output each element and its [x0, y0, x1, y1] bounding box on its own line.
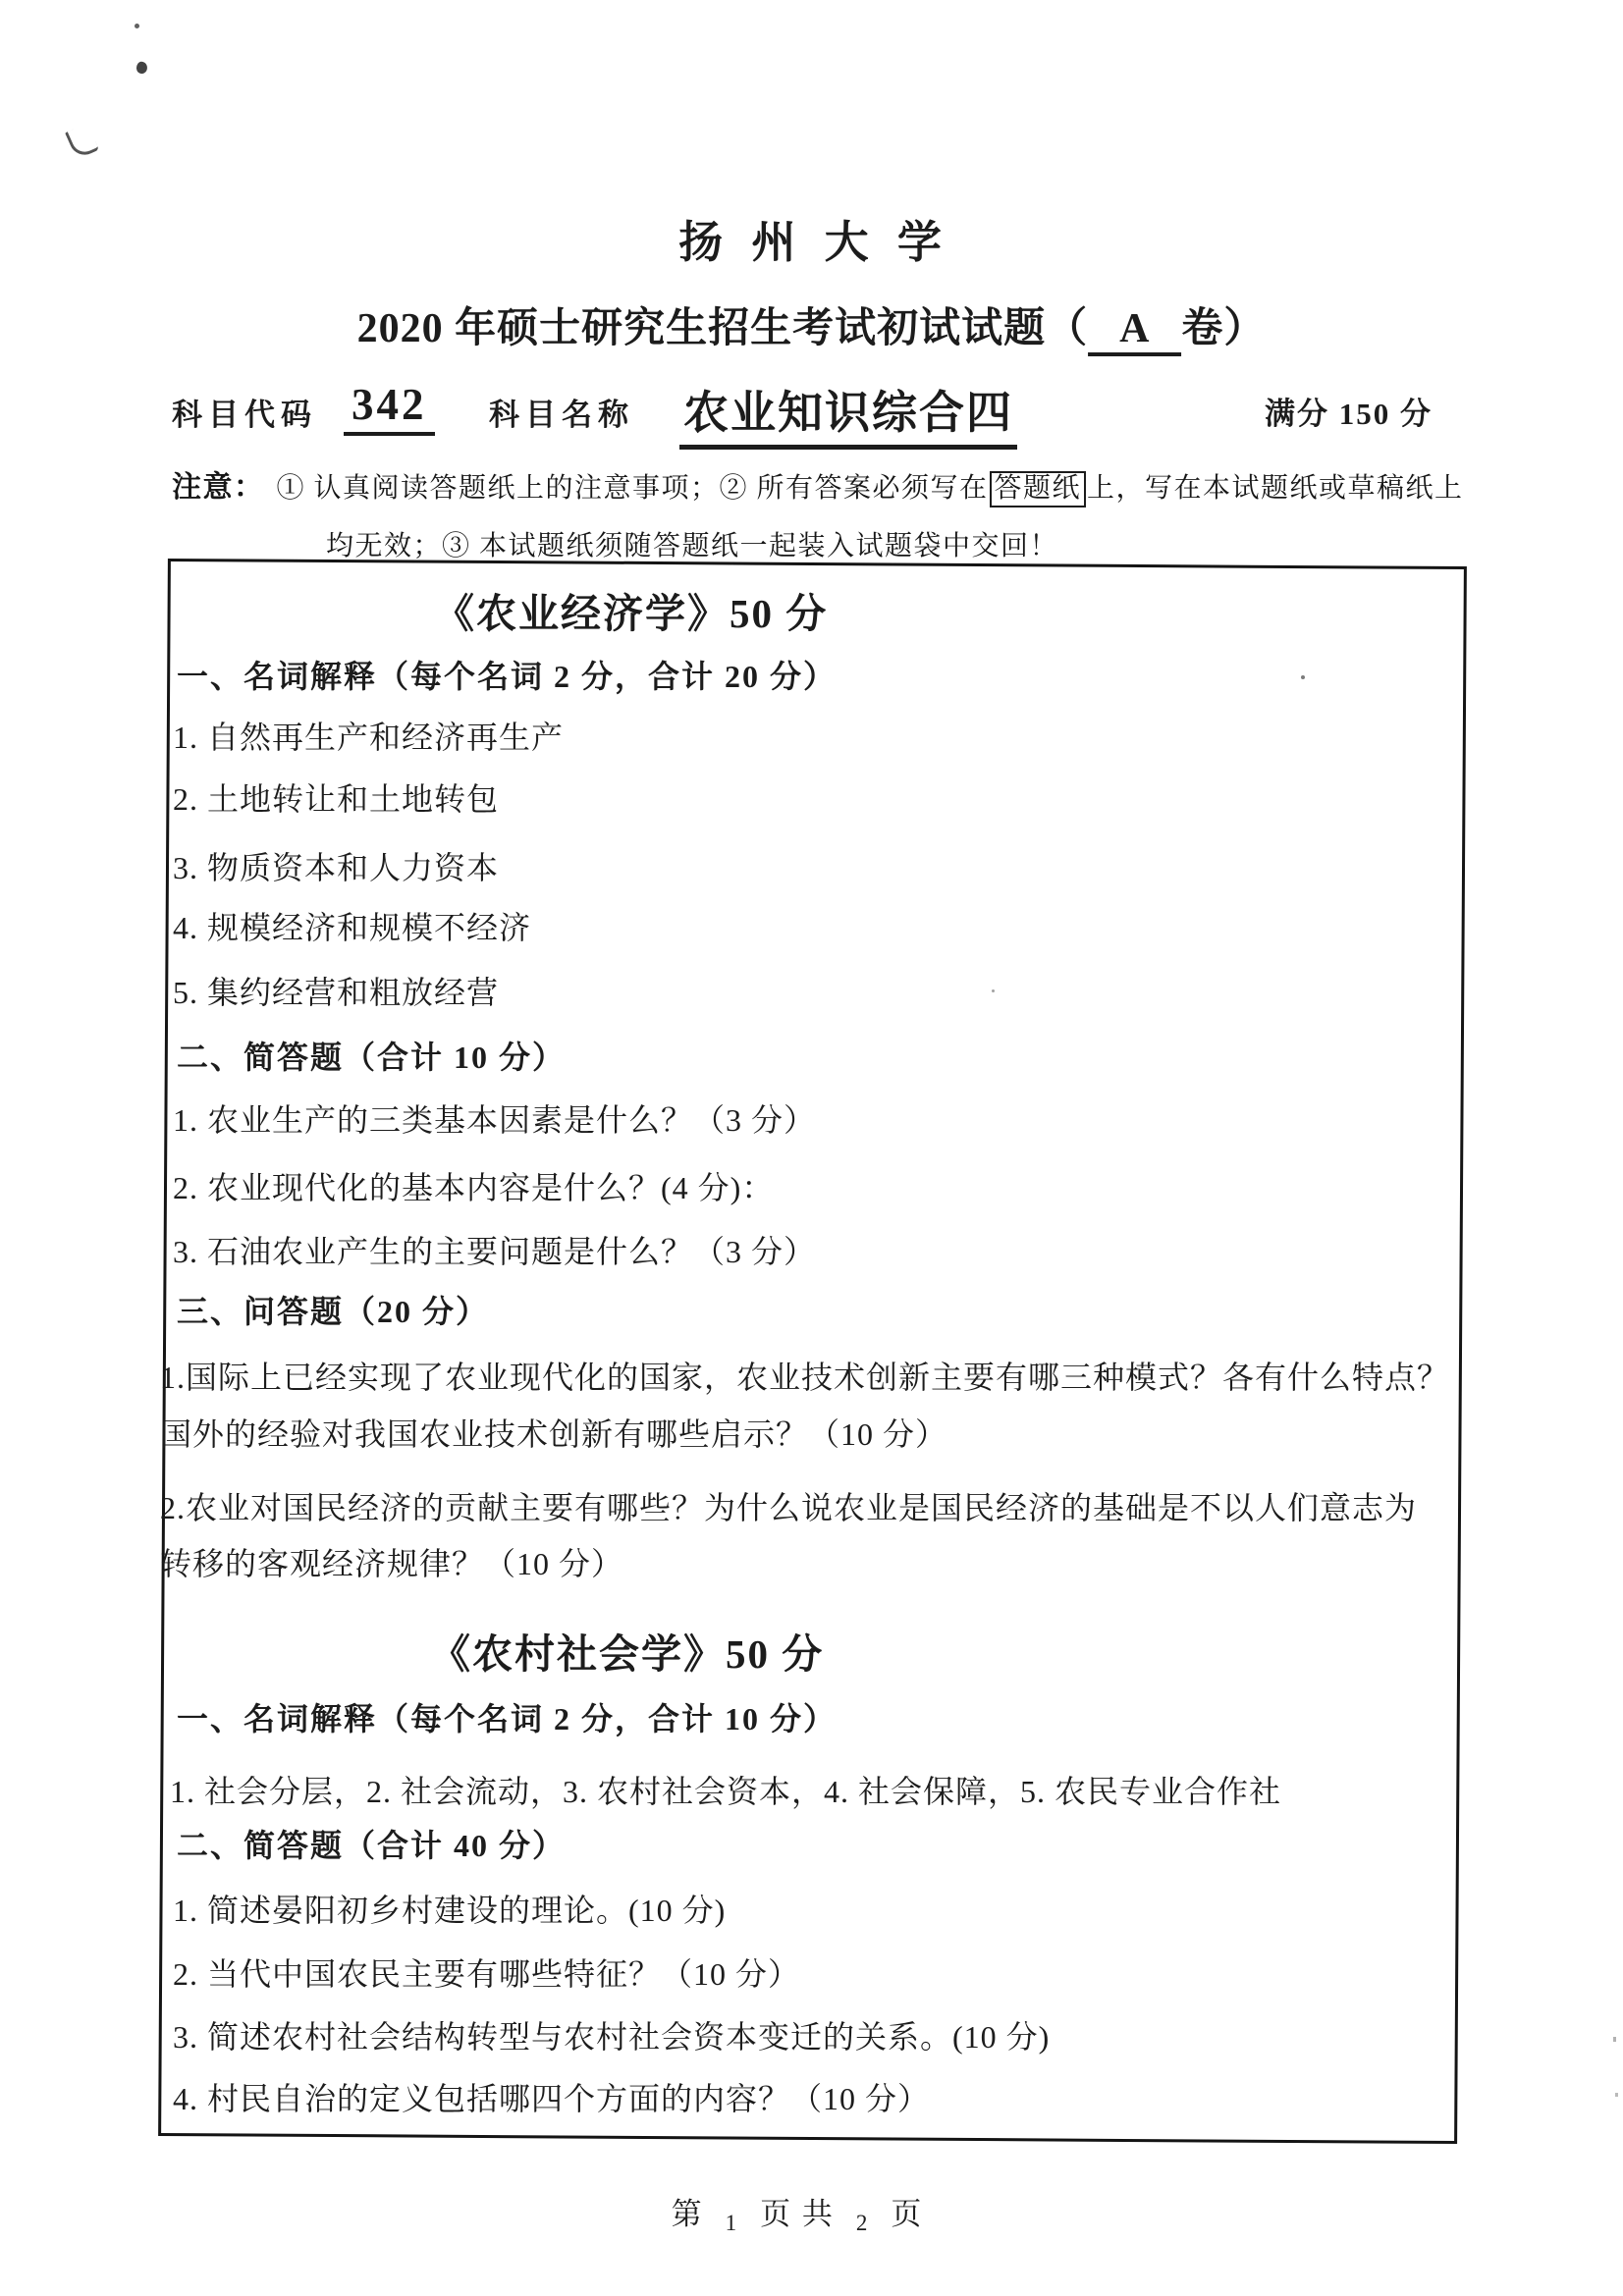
question-item: 1. 农业生产的三类基本因素是什么？（3 分）	[173, 1102, 816, 1139]
scan-speck	[135, 24, 139, 28]
scan-ink-blotch	[135, 61, 148, 76]
question-item: 3. 物质资本和人力资本	[173, 850, 499, 886]
scan-doodle	[65, 123, 99, 160]
exam-title-prefix: 2020 年硕士研究生招生考试初试试题（	[357, 306, 1089, 351]
question-item: 1. 自然再生产和经济再生产	[173, 720, 564, 756]
question-item: 2. 当代中国农民主要有哪些特征？（10 分）	[173, 1956, 800, 1993]
section2-heading-terms: 一、名词解释（每个名词 2 分，合计 10 分）	[177, 1701, 837, 1737]
exam-title: 2020 年硕士研究生招生考试初试试题（A卷）	[357, 295, 1267, 356]
question-item: 5. 集约经营和粗放经营	[173, 975, 499, 1011]
page-footer: 第 1 页 共 2 页	[666, 2189, 930, 2233]
footer-prefix: 第	[672, 2189, 704, 2233]
question-item-continuation: 转移的客观经济规律？（10 分）	[160, 1546, 623, 1582]
question-item: 1. 社会分层，2. 社会流动，3. 农村社会资本，4. 社会保障，5. 农民专…	[170, 1774, 1281, 1810]
subject-code-label: 科目代码	[172, 390, 317, 434]
subject-name: 农业知识综合四	[679, 377, 1017, 450]
footer-suffix: 页	[891, 2189, 923, 2233]
notice-line-2: 均无效；③ 本试题纸须随答题纸一起装入试题袋中交回！	[326, 524, 1058, 563]
scan-edge-speck	[1613, 2037, 1616, 2042]
footer-middle: 页 共	[760, 2189, 835, 2233]
scan-edge-speck	[1615, 2093, 1618, 2097]
notice-text-before-box: ① 认真阅读答题纸上的注意事项；② 所有答案必须写在	[277, 473, 989, 504]
question-item-continuation: 国外的经验对我国农业技术创新有哪些启示？（10 分）	[160, 1416, 947, 1453]
notice-label: 注意：	[172, 471, 265, 504]
question-item: 1. 简述晏阳初乡村建设的理论。(10 分)	[173, 1893, 726, 1929]
subject-code: 342	[344, 379, 435, 436]
university-title: 扬 州 大 学	[678, 206, 945, 270]
section-title-rural-sociology: 《农村社会学》50 分	[430, 1622, 824, 1680]
question-item: 4. 村民自治的定义包括哪四个方面的内容？（10 分）	[173, 2081, 930, 2117]
total-pages-number: 2	[856, 2211, 870, 2236]
notice-line-1: 注意：① 认真阅读答题纸上的注意事项；② 所有答案必须写在答题纸上，写在本试题纸…	[172, 462, 1464, 507]
full-score: 满分 150 分	[1265, 389, 1433, 433]
section1-heading-terms: 一、名词解释（每个名词 2 分，合计 20 分）	[177, 659, 837, 695]
notice-text-after-box: 上，写在本试题纸或草稿纸上	[1087, 473, 1464, 504]
section1-heading-essay: 三、问答题（20 分）	[177, 1294, 489, 1330]
section-title-agricultural-economics: 《农业经济学》50 分	[434, 581, 828, 639]
question-item: 4. 规模经济和规模不经济	[173, 910, 531, 946]
question-item: 2. 土地转让和土地转包	[173, 781, 499, 818]
question-item: 2. 农业现代化的基本内容是什么？(4 分)：	[173, 1170, 774, 1206]
exam-variant-blank: A	[1088, 307, 1181, 356]
section2-heading-short-answer: 二、简答题（合计 40 分）	[177, 1828, 566, 1864]
subject-name-label: 科目名称	[489, 390, 634, 434]
question-item: 2.农业对国民经济的贡献主要有哪些？为什么说农业是国民经济的基础是不以人们意志为	[160, 1490, 1417, 1526]
current-page-number: 1	[726, 2211, 739, 2236]
answer-sheet-boxed-word: 答题纸	[990, 471, 1087, 507]
exam-title-suffix: 卷）	[1181, 306, 1266, 351]
question-item: 3. 石油农业产生的主要问题是什么？（3 分）	[173, 1234, 816, 1270]
section1-heading-short-answer: 二、简答题（合计 10 分）	[177, 1040, 566, 1076]
exam-paper-page: 扬 州 大 学 2020 年硕士研究生招生考试初试试题（A卷） 科目代码 342…	[0, 0, 1623, 2296]
question-item: 1.国际上已经实现了农业现代化的国家，农业技术创新主要有哪三种模式？各有什么特点…	[160, 1360, 1449, 1396]
question-item: 3. 简述农村社会结构转型与农村社会资本变迁的关系。(10 分)	[173, 2019, 1050, 2056]
